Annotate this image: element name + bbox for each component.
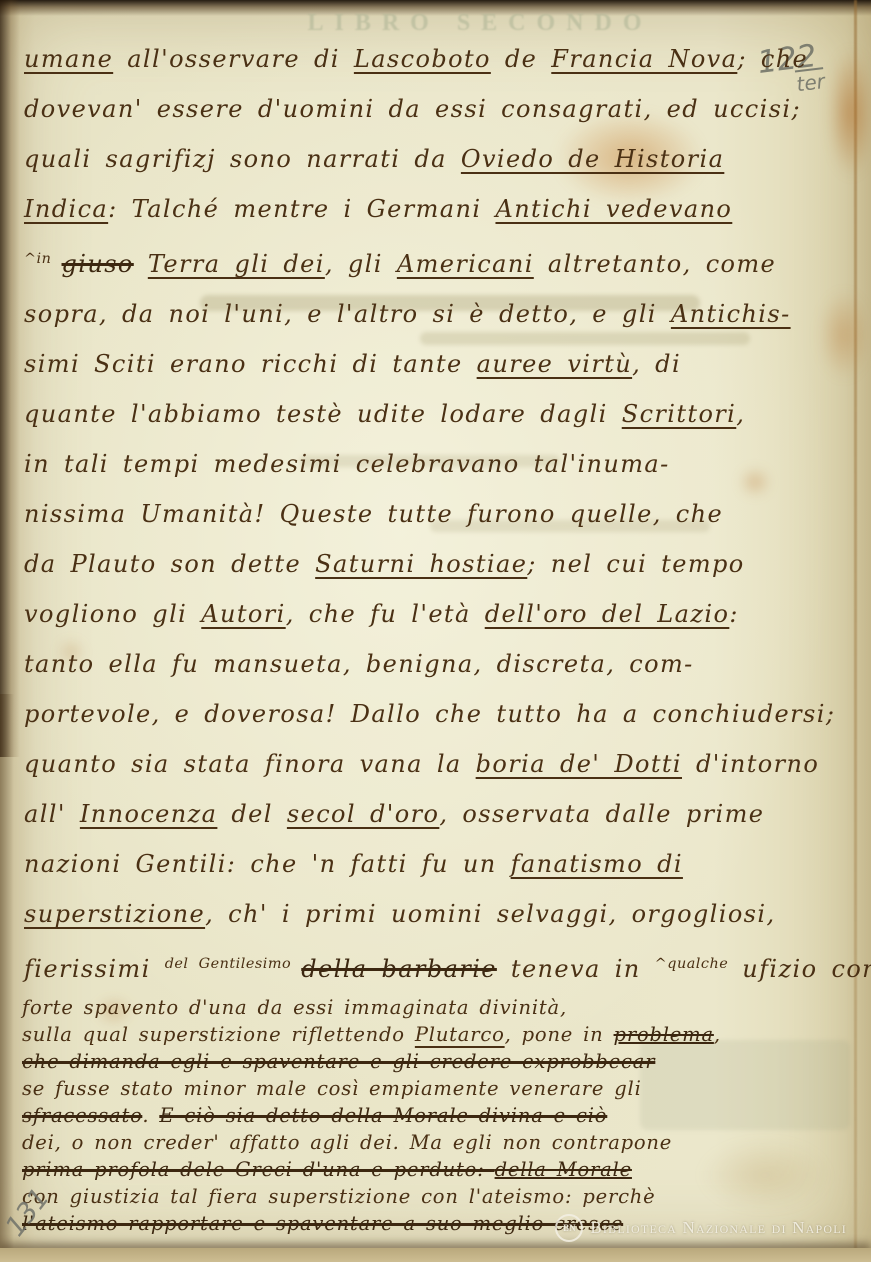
manuscript-line: sopra, da noi l'uni, e l'altro si è dett… [24, 289, 854, 339]
binding-edge-left [0, 0, 20, 757]
manuscript-line: dovevan' essere d'uomini da essi consagr… [24, 84, 854, 134]
manuscript-line: sfracessato. E ciò sia detto della Moral… [22, 1102, 862, 1129]
text-segment: boria de' Dotti [476, 750, 682, 778]
library-logo-monogram: BN [563, 1223, 576, 1233]
manuscript-line: sulla qual superstizione riflettendo Plu… [22, 1021, 862, 1048]
text-segment: all' [24, 800, 80, 828]
text-segment: ufizio con un [728, 955, 871, 983]
text-segment: , ch' i primi uomini selvaggi, orgoglios… [205, 900, 775, 928]
text-segment: Autori [201, 600, 285, 628]
manuscript-line: umane all'osservare di Lascoboto de Fran… [24, 34, 854, 84]
text-segment: ^in [24, 251, 62, 267]
text-segment: , osservata dalle prime [439, 800, 764, 828]
text-segment: umane [24, 45, 113, 73]
text-segment: superstizione [24, 900, 205, 928]
text-segment: fierissimi [24, 955, 165, 983]
text-segment: quante l'abbiamo testè udite lodare dagl… [24, 400, 622, 428]
manuscript-page: Libro Secondo 122 ter umane all'osservar… [0, 0, 871, 1262]
text-segment: d'intorno [682, 750, 819, 778]
text-segment: con giustizia tal fiera superstizione co… [22, 1185, 656, 1208]
text-segment: , [714, 1023, 721, 1046]
text-segment: ^qualche [655, 956, 729, 972]
text-segment: Americani [397, 250, 534, 278]
manuscript-line: ^in giuso Terra gli dei, gli Americani a… [24, 234, 854, 289]
text-segment: Antichis- [671, 300, 791, 328]
text-segment: portevole, e doverosa! Dallo che tutto h… [24, 700, 835, 728]
next-page-edge [0, 1248, 871, 1262]
ghost-header-text: Libro Secondo [270, 10, 690, 37]
manuscript-line: nazioni Gentili: che 'n fatti fu un fana… [24, 839, 854, 889]
text-segment: ; nel cui tempo [527, 550, 744, 578]
text-segment: forte spavento d'una da essi immaginata … [22, 996, 567, 1019]
text-segment: sulla qual superstizione riflettendo [22, 1023, 415, 1046]
text-segment: Plutarco [415, 1023, 505, 1046]
manuscript-line: forte spavento d'una da essi immaginata … [22, 994, 862, 1021]
text-segment: Lascoboto [354, 45, 491, 73]
manuscript-line: dei, o non creder' affatto agli dei. Ma … [22, 1129, 862, 1156]
text-segment: prima profola dele Greci d'una e perduto… [22, 1158, 495, 1181]
manuscript-line: portevole, e doverosa! Dallo che tutto h… [24, 689, 854, 739]
text-segment: quanto sia stata finora vana la [24, 750, 476, 778]
text-segment: della Morale [495, 1158, 632, 1181]
library-logo-icon: BN [555, 1214, 583, 1242]
manuscript-line: tanto ella fu mansueta, benigna, discret… [24, 639, 854, 689]
text-segment: : [729, 600, 739, 628]
manuscript-line: simi Sciti erano ricchi di tante auree v… [24, 339, 854, 389]
manuscript-line: se fusse stato minor male così empiament… [22, 1075, 862, 1102]
text-segment: Indica [24, 195, 108, 223]
text-segment: teneva in [497, 955, 655, 983]
text-segment: del Gentilesimo [165, 956, 302, 972]
text-segment: ; che [737, 45, 808, 73]
text-segment: in tali tempi medesimi celebravano tal'i… [24, 450, 670, 478]
manuscript-line: fierissimi del Gentilesimo della barbari… [24, 939, 854, 994]
binding-edge-left-lower [0, 694, 14, 1262]
manuscript-line: che dimanda egli e spaventare e gli cred… [22, 1048, 862, 1075]
text-segment: Oviedo de Historia [461, 145, 724, 173]
text-segment: da Plauto son dette [24, 550, 315, 578]
library-watermark: BN Biblioteca Nazionale di Napoli [555, 1214, 847, 1242]
text-segment: nissima Umanità! Queste tutte furono que… [24, 500, 723, 528]
manuscript-section-main: umane all'osservare di Lascoboto de Fran… [24, 34, 854, 994]
text-segment: della barbarie [301, 955, 497, 983]
text-segment: secol d'oro [287, 800, 439, 828]
text-segment: del [217, 800, 287, 828]
manuscript-line: superstizione, ch' i primi uomini selvag… [24, 889, 854, 939]
text-segment: fanatismo di [511, 850, 683, 878]
text-segment: Francia Nova [551, 45, 737, 73]
text-segment: sfracessato [22, 1104, 142, 1127]
manuscript-line: quali sagrifizj sono narrati da Oviedo d… [24, 134, 854, 184]
text-segment: de [491, 45, 551, 73]
text-segment: Saturni hostiae [315, 550, 527, 578]
manuscript-line: in tali tempi medesimi celebravano tal'i… [24, 439, 854, 489]
manuscript-section-revisions: forte spavento d'una da essi immaginata … [22, 994, 862, 1237]
text-segment: all'osservare di [113, 45, 354, 73]
text-segment: Scrittori [622, 400, 737, 428]
text-segment: che dimanda egli e spaventare e gli cred… [22, 1050, 655, 1073]
text-segment: Innocenza [80, 800, 218, 828]
text-segment: auree virtù [477, 350, 632, 378]
text-segment: altretanto, come [534, 250, 776, 278]
manuscript-line: con giustizia tal fiera superstizione co… [22, 1183, 862, 1210]
manuscript-line: Indica: Talché mentre i Germani Antichi … [24, 184, 854, 234]
text-segment: , [736, 400, 745, 428]
library-watermark-label: Biblioteca Nazionale di Napoli [590, 1218, 847, 1238]
text-segment [134, 250, 148, 278]
text-segment: giuso [62, 250, 134, 278]
text-segment: : Talché mentre i Germani [108, 195, 495, 223]
manuscript-line: prima profola dele Greci d'una e perduto… [22, 1156, 862, 1183]
text-segment: dei, o non creder' affatto agli dei. Ma … [22, 1131, 672, 1154]
text-segment: dovevan' essere d'uomini da essi consagr… [24, 95, 801, 123]
manuscript-line: vogliono gli Autori, che fu l'età dell'o… [24, 589, 854, 639]
text-segment: , che fu l'età [286, 600, 485, 628]
text-segment: simi Sciti erano ricchi di tante [24, 350, 477, 378]
text-segment: Antichi vedevano [495, 195, 732, 223]
text-segment: , di [632, 350, 681, 378]
text-segment: . [142, 1104, 159, 1127]
text-segment: sopra, da noi l'uni, e l'altro si è dett… [24, 300, 671, 328]
manuscript-line: all' Innocenza del secol d'oro, osservat… [24, 789, 854, 839]
text-segment: problema [614, 1023, 714, 1046]
text-segment: , pone in [505, 1023, 614, 1046]
text-segment: tanto ella fu mansueta, benigna, discret… [24, 650, 694, 678]
manuscript-line: nissima Umanità! Queste tutte furono que… [24, 489, 854, 539]
text-segment: vogliono gli [24, 600, 201, 628]
manuscript-line: quante l'abbiamo testè udite lodare dagl… [24, 389, 854, 439]
text-segment: dell'oro del Lazio [485, 600, 730, 628]
text-segment: Terra gli dei [148, 250, 325, 278]
text-segment: E ciò sia detto della Morale divina e ci… [159, 1104, 607, 1127]
manuscript-line: da Plauto son dette Saturni hostiae; nel… [24, 539, 854, 589]
text-segment: nazioni Gentili: che 'n fatti fu un [24, 850, 511, 878]
text-segment: quali sagrifizj sono narrati da [24, 145, 461, 173]
text-segment: l'ateismo rapportare e spaventare a suo … [22, 1212, 623, 1235]
text-segment: se fusse stato minor male così empiament… [22, 1077, 642, 1100]
text-segment: , gli [325, 250, 397, 278]
manuscript-line: quanto sia stata finora vana la boria de… [24, 739, 854, 789]
